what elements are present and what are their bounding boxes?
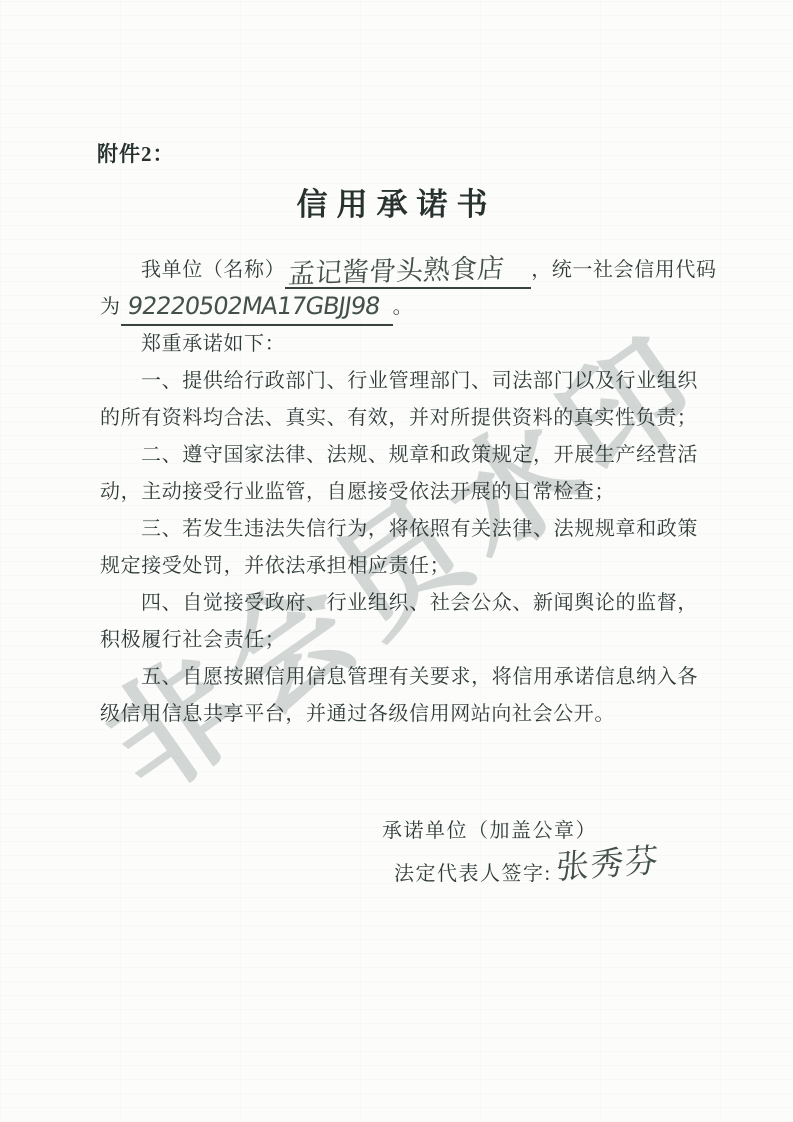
- intro-suffix-text: 。: [393, 296, 414, 318]
- document-title: 信用承诺书: [0, 179, 793, 224]
- legal-representative-line: 法定代表人签字:张秀芬: [394, 850, 659, 888]
- pledge-item-2: 二、遵守国家法律、法规、规章和政策规定，开展生产经营活动，主动接受行业监管，自愿…: [100, 437, 698, 511]
- intro-line-2: 为92220502MA17GBJJ98。: [100, 289, 698, 326]
- unit-name-handwriting: 孟记酱骨头熟食店: [287, 250, 505, 293]
- legal-representative-label: 法定代表人签字:: [394, 863, 552, 885]
- document-body: 我单位（名称）孟记酱骨头熟食店，统一社会信用代码 为92220502MA17GB…: [100, 252, 698, 733]
- credit-code-handwriting: 92220502MA17GBJJ98: [125, 288, 382, 325]
- legal-representative-signature-handwriting: 张秀芬: [555, 841, 660, 886]
- attachment-label: 附件2：: [97, 138, 175, 168]
- pledge-item-1: 一、提供给行政部门、行业管理部门、司法部门以及行业组织的所有资料均合法、真实、有…: [100, 363, 698, 437]
- scanned-document-page: 非会员水印 附件2： 信用承诺书 我单位（名称）孟记酱骨头熟食店，统一社会信用代…: [0, 0, 793, 1122]
- intro-line-1: 我单位（名称）孟记酱骨头熟食店，统一社会信用代码: [100, 252, 698, 289]
- pledge-lead-text: 郑重承诺如下：: [100, 326, 698, 363]
- pledge-item-4: 四、自觉接受政府、行业组织、社会公众、新闻舆论的监督，积极履行社会责任；: [100, 585, 698, 659]
- credit-code-blank-underline: 92220502MA17GBJJ98: [121, 295, 393, 326]
- code-prefix-text: 为: [100, 296, 121, 318]
- intro-prefix-text: 我单位（名称）: [141, 259, 285, 281]
- pledge-item-3: 三、若发生违法失信行为，将依照有关法律、法规规章和政策规定接受处罚，并依法承担相…: [100, 511, 698, 585]
- pledge-item-5: 五、自愿按照信用信息管理有关要求，将信用承诺信息纳入各级信用信息共享平台，并通过…: [100, 659, 698, 733]
- signature-block: 承诺单位（加盖公章） 法定代表人签字:张秀芬: [382, 812, 659, 888]
- intro-middle-text: ，统一社会信用代码: [531, 259, 716, 281]
- unit-name-blank-underline: 孟记酱骨头熟食店: [285, 258, 531, 289]
